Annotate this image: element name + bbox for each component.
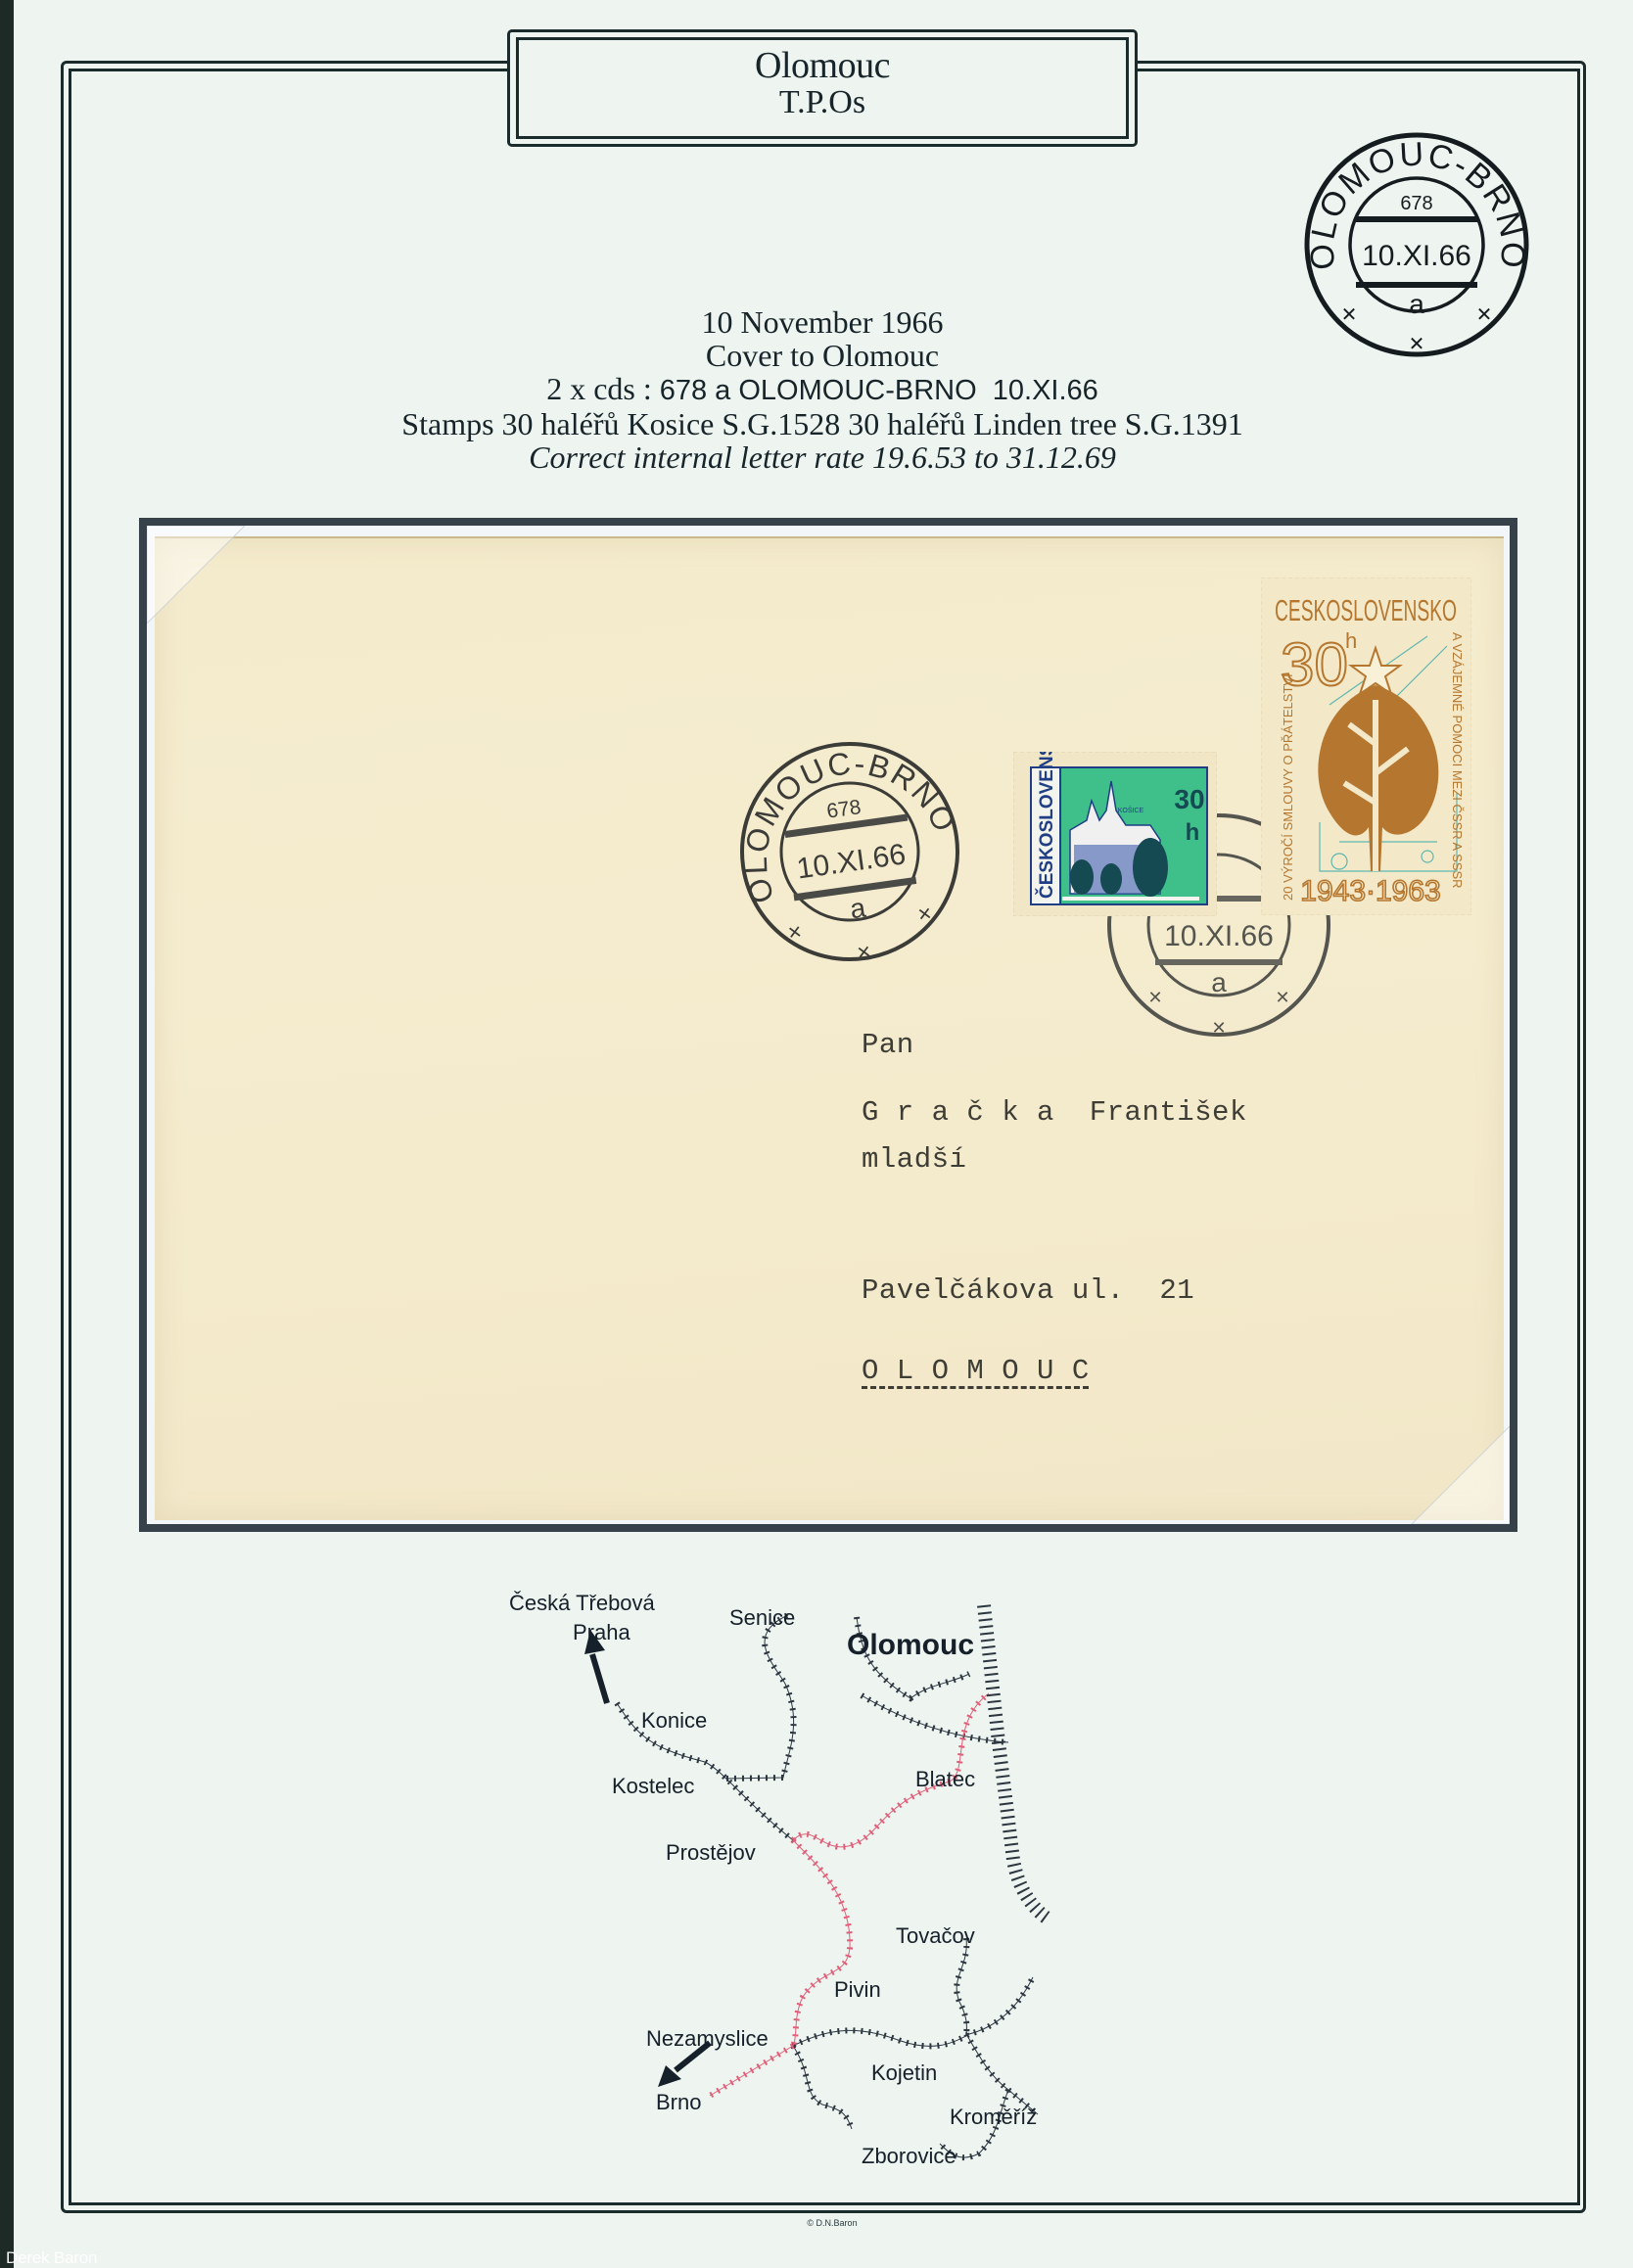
map-label: Kostelec — [612, 1774, 694, 1798]
svg-text:✕: ✕ — [1476, 304, 1493, 326]
map-label: Olomouc — [847, 1629, 974, 1661]
svg-text:✕: ✕ — [916, 903, 934, 925]
rail-line — [793, 2046, 852, 2129]
rail-line — [793, 1977, 1033, 2046]
svg-text:h: h — [1186, 819, 1200, 846]
rail-line — [862, 1695, 1008, 1742]
svg-text:A VZÁJEMNÉ POMOCI MEZI ČSSR A: A VZÁJEMNÉ POMOCI MEZI ČSSR A SSSR — [1450, 632, 1465, 889]
map-label: Praha — [573, 1620, 630, 1644]
svg-text:✕: ✕ — [856, 942, 873, 963]
cover-destination: Cover to Olomouc — [196, 339, 1449, 372]
copyright: © D.N.Baron — [773, 2218, 891, 2228]
postmark-number: 678 — [1400, 193, 1432, 214]
svg-text:1943·1963: 1943·1963 — [1300, 875, 1440, 907]
svg-text:CESKOSLOVENSKO: CESKOSLOVENSKO — [1275, 593, 1457, 627]
cover-date: 10 November 1966 — [196, 305, 1449, 339]
map-label: Kojetin — [871, 2060, 937, 2085]
map-label: Blatec — [915, 1767, 975, 1791]
svg-text:20 VÝROČÍ SMLOUVY O PŘÁTELSTVÍ: 20 VÝROČÍ SMLOUVY O PŘÁTELSTVÍ — [1281, 673, 1295, 901]
watermark: Derek Baron — [6, 2248, 97, 2268]
route-map: Česká TřebováPrahaSeniceOlomoucKoniceKos… — [490, 1566, 1077, 2173]
svg-text:h: h — [1345, 628, 1357, 653]
stamps-line: Stamps 30 haléřů Kosice S.G.1528 30 halé… — [196, 407, 1449, 440]
map-label: Pivin — [834, 1977, 881, 2002]
kosice-stamp: ČESKOSLOVENSKO 30 h KOŠICE — [1013, 752, 1217, 916]
map-label: Prostějov — [666, 1840, 756, 1865]
map-label: Kroměříž — [950, 2105, 1037, 2129]
address-name: G r a č k a František — [862, 1096, 1247, 1129]
svg-text:10.XI.66: 10.XI.66 — [795, 838, 908, 885]
address-salutation: Pan — [862, 1029, 914, 1061]
svg-text:✕: ✕ — [1275, 988, 1289, 1007]
rail-line — [966, 2034, 1038, 2114]
svg-text:✕: ✕ — [1211, 1018, 1226, 1038]
description-block: 10 November 1966 Cover to Olomouc 2 x cd… — [196, 305, 1449, 474]
cds-line: 2 x cds : 678 a OLOMOUC-BRNO 10.XI.66 — [196, 372, 1449, 407]
address-city: O L O M O U C — [862, 1355, 1090, 1387]
map-label: Tovačov — [896, 1923, 975, 1948]
rail-line — [956, 1938, 966, 2034]
photo-corner-icon — [147, 526, 255, 633]
photo-corner-icon — [1402, 1416, 1510, 1524]
svg-text:KOŠICE: KOŠICE — [1118, 806, 1144, 814]
map-label: Brno — [656, 2090, 701, 2114]
svg-text:a: a — [1211, 967, 1227, 997]
rail-line — [726, 1615, 794, 1779]
address-street: Pavelčákova ul. 21 — [862, 1274, 1194, 1307]
map-label: Konice — [641, 1708, 707, 1733]
title-plaque-inner: Olomouc T.P.Os — [516, 37, 1129, 139]
svg-text:10.XI.66: 10.XI.66 — [1164, 920, 1274, 952]
rate-line: Correct internal letter rate 19.6.53 to … — [196, 440, 1449, 474]
postmark-date: 10.XI.66 — [1362, 240, 1471, 272]
svg-text:30: 30 — [1174, 784, 1204, 814]
page-title: Olomouc — [519, 46, 1126, 85]
svg-text:678: 678 — [825, 796, 863, 823]
address-name-suffix: mladší — [862, 1143, 966, 1176]
left-edge-strip — [0, 0, 14, 2268]
map-label: Senice — [729, 1605, 795, 1630]
svg-text:ČESKOSLOVENSKO: ČESKOSLOVENSKO — [1036, 752, 1057, 899]
cover-postmark-icon: OLOMOUC-BRNO 678 10.XI.66 a ✕ ✕ ✕ — [727, 729, 972, 974]
cds-text: 678 a OLOMOUC-BRNO 10.XI.66 — [660, 375, 1098, 406]
map-label: Zborovice — [862, 2144, 956, 2168]
svg-text:a: a — [848, 892, 867, 924]
svg-text:✕: ✕ — [1147, 988, 1162, 1007]
map-label: Česká Třebová — [509, 1591, 656, 1615]
linden-tree-stamp: CESKOSLOVENSKO 30 h 20 VÝROČÍ SMLOUVY O … — [1261, 578, 1471, 915]
svg-text:✕: ✕ — [786, 922, 804, 944]
page-subtitle: T.P.Os — [519, 85, 1126, 120]
